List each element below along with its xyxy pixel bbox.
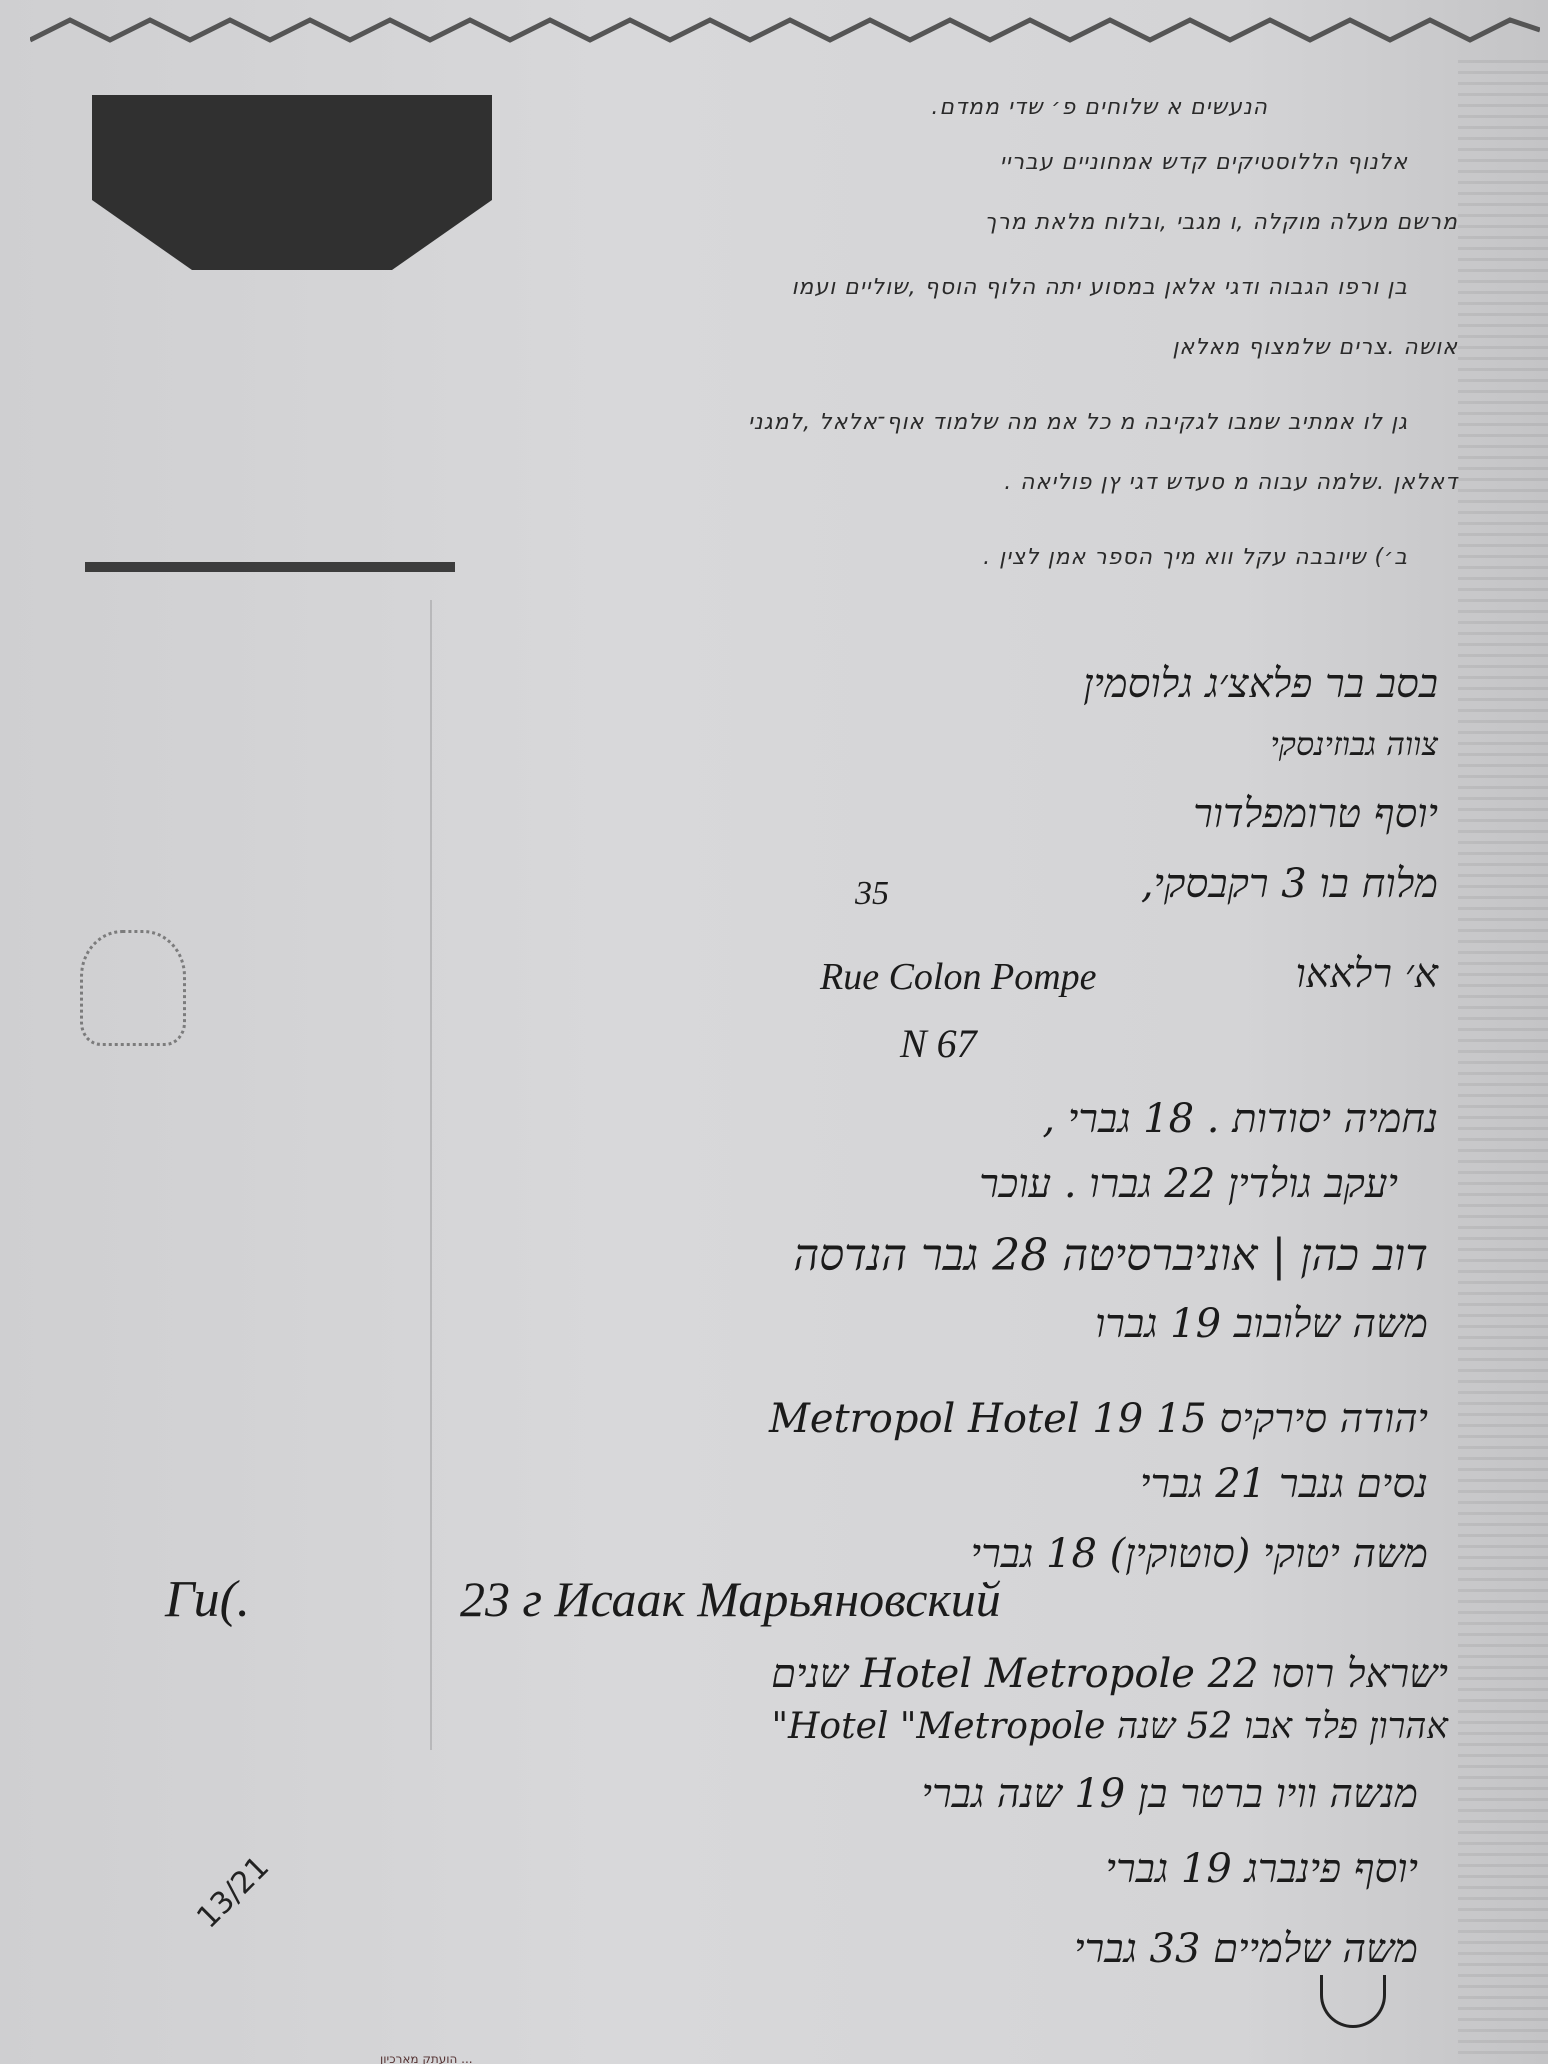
list-entry: אהרון פלד אבו 52 שנה Hotel "Metropole" — [771, 1705, 1448, 1747]
list-entry-age: 35 — [855, 875, 889, 913]
typed-line: גן לו אמתיב שמבו לגקיבה מ כל אמ מה שלמוד… — [748, 410, 1408, 435]
list-entry-prefix: Ги(. — [165, 1570, 250, 1629]
list-entry-address: Rue Colon Pompe — [820, 955, 1097, 999]
typed-line: אושה .צרים שלמצוף מאלאן — [1172, 335, 1458, 360]
stamp-mark — [80, 930, 186, 1046]
copy-noise — [1458, 60, 1548, 2060]
list-entry: משה יטוקי (סוטוקין) 18 גברי — [971, 1530, 1428, 1577]
redacted-blot — [92, 95, 492, 270]
strikethrough — [85, 562, 455, 572]
list-entry: יהודה סירקיס 15 Metropol Hotel 19 — [769, 1395, 1428, 1442]
list-entry: N 67 — [900, 1020, 977, 1067]
typed-line: בן ורפו הגבוה ודגי אלאן במסוע יתה הלוף ה… — [791, 275, 1408, 300]
list-entry: צווה גבוזינסקי — [1270, 725, 1438, 763]
list-entry: מנשה וויו ברטר בן 19 שנה גברי — [922, 1770, 1418, 1817]
list-entry: א׳ רלאאו — [1295, 950, 1438, 997]
typed-line: ב׳) שיובבה עקל ווא מיך הספר אמן לצין . — [983, 545, 1408, 570]
list-entry: נסים גנבר 21 גברי — [1140, 1460, 1428, 1507]
typed-line: הנעשים א שלוחים פ׳ שדי ממדם. — [931, 95, 1268, 120]
pen-loop-mark — [1320, 1975, 1386, 2028]
margin-note: 13/21 — [190, 1850, 276, 1936]
typed-line: אלנוף הללוסטיקים קדש אמחוניים עבריי — [1000, 150, 1408, 175]
list-entry: בסב בר פלאצ׳ג גלוסמין — [1083, 660, 1438, 707]
list-entry: מלוח בו 3 רקבסקי, — [1141, 860, 1438, 907]
typed-line: דאלאן .שלמה עבוה מ סעדש דגי ץן פוליאה . — [1004, 470, 1458, 495]
list-entry: דוב כהן | אוניברסיטה 28 גבר הנדסה — [793, 1230, 1428, 1281]
torn-top-edge — [30, 10, 1540, 50]
typed-line: מרשם מעלה מוקלה ,ו מגבי ,ובלוח מלאת מרך — [984, 210, 1458, 235]
margin-line — [430, 600, 432, 1750]
list-entry: ישראל רוסו Hotel Metropole 22 שנים — [771, 1650, 1448, 1697]
list-entry: משה שלובוב 19 גברו — [1095, 1300, 1428, 1347]
list-entry: משה שלמיים 33 גברי — [1074, 1925, 1418, 1972]
document-page: הנעשים א שלוחים פ׳ שדי ממדם. אלנוף הללוס… — [0, 0, 1548, 2064]
footer-print: הועתק מארכיון ... — [380, 2052, 473, 2064]
list-entry: יוסף פינברג 19 גברי — [1106, 1845, 1418, 1892]
list-entry: יעקב גולדין 22 גברו . עוכר — [979, 1160, 1398, 1207]
list-entry: נחמיה יסודות . 18 גברי , — [1042, 1095, 1438, 1142]
list-entry: יוסף טרומפלדור — [1193, 790, 1438, 837]
list-entry: 23 г Исаак Марьяновский — [460, 1570, 1001, 1628]
